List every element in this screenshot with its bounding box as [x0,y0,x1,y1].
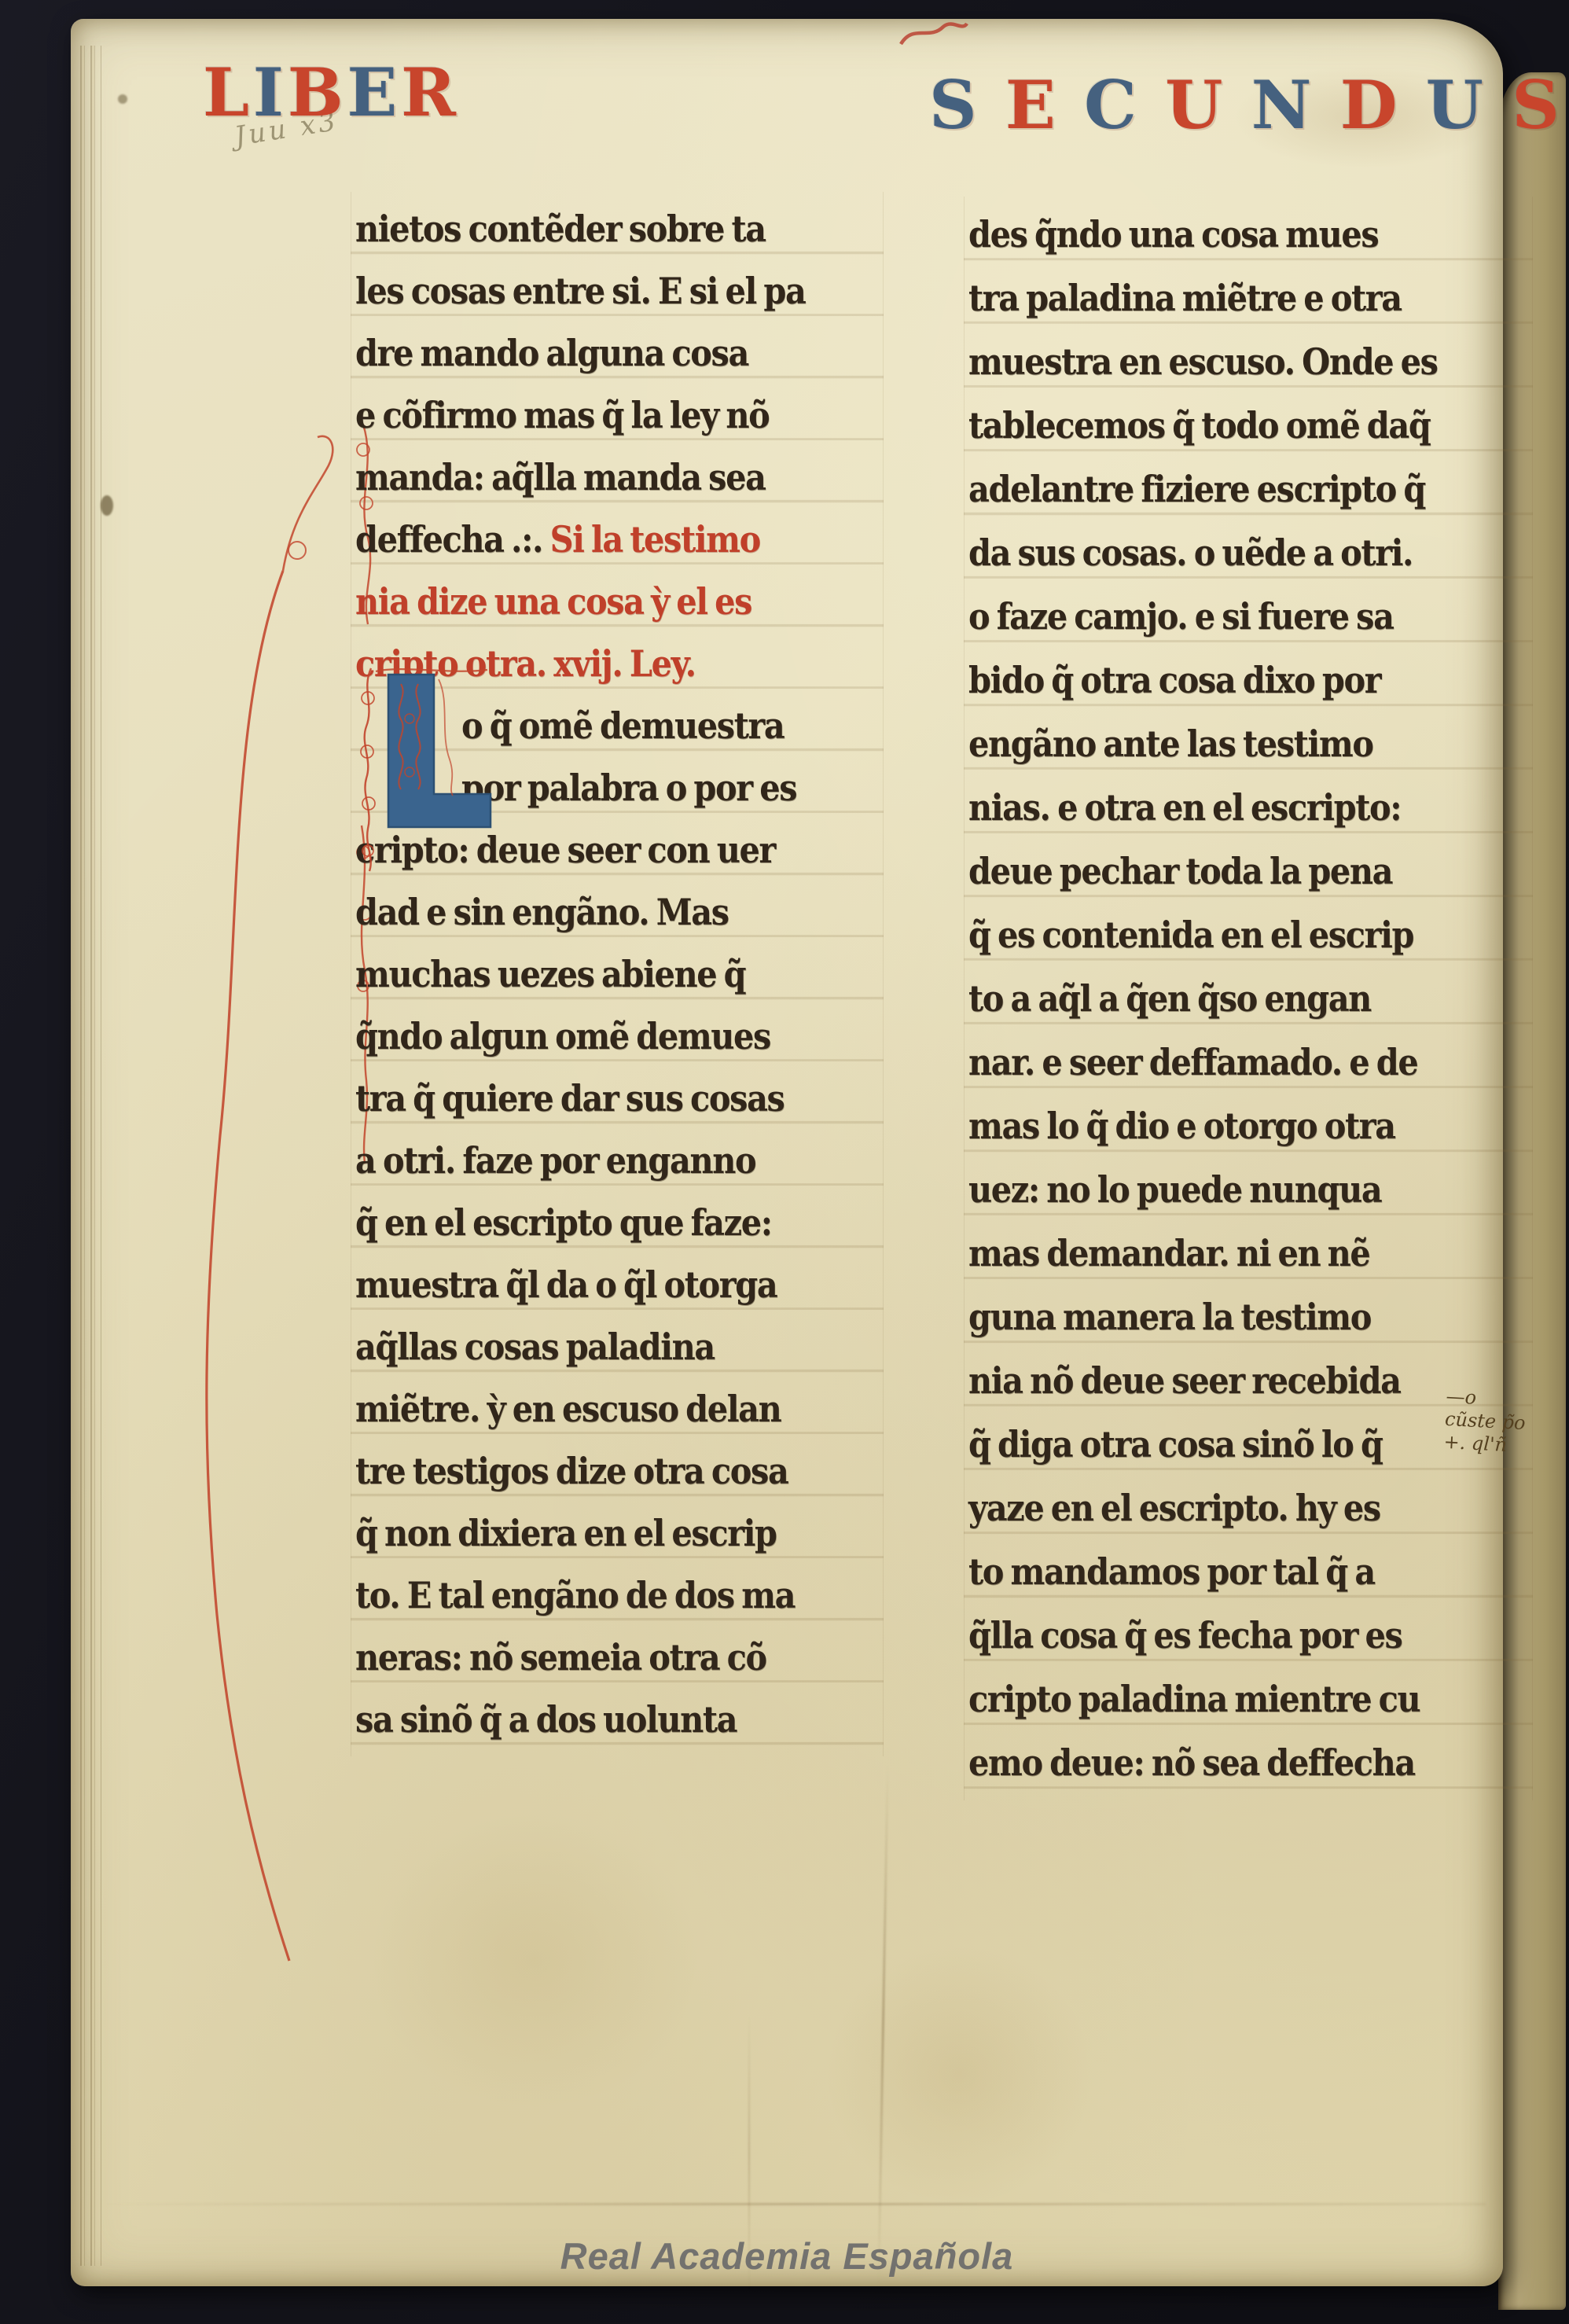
running-header-liber: LIBER [203,53,456,131]
text-line: o faze camjo. e si fuere sa [968,585,1475,649]
header-letter: R [401,53,456,131]
watermark: Real Academia Española [71,2234,1503,2278]
text-line: miẽtre. ỳ en escuso delan [355,1378,833,1440]
text-line: adelantre fiziere escripto q̃ [968,458,1475,521]
header-letter: S [1512,66,1560,144]
text-line: mas lo q̃ dio e otorgo otra [968,1094,1475,1158]
text-line: aq̃llas cosas paladina [355,1316,833,1378]
text-column-right: des q̃ndo una cosa muestra paladina miẽt… [968,203,1531,1795]
text-line: deue pechar toda la pena [968,840,1475,903]
illuminated-initial-L [352,664,517,876]
text-line: dad e sin engãno. Mas [355,881,833,943]
text-line: muestra q̃l da o q̃l otorga [355,1254,833,1316]
text-line: a otri. faze por enganno [355,1130,833,1192]
text-line: q̃ en el escripto que faze: [355,1192,833,1254]
text-line: e cõfirmo mas q̃ la ley nõ [355,384,833,447]
text-line: da sus cosas. o uẽde a otri. [968,521,1475,585]
text-line: nia nõ deue seer recebida [968,1349,1475,1413]
text-line: tra paladina miẽtre e otra [968,267,1475,330]
text-line: dre mando alguna cosa [355,322,833,384]
header-letter: C [1084,66,1137,144]
text-line: por palabra o por es [461,757,844,819]
text-line: des q̃ndo una cosa mues [968,203,1475,267]
text-line: guna manera la testimo [968,1285,1475,1349]
text-line: to. E tal engãno de dos ma [355,1565,833,1627]
text-line: to a aq̃l a q̃en q̃so engan [968,967,1475,1031]
text-line: tablecemos q̃ todo omẽ daq̃ [968,394,1475,458]
text-line: bido q̃ otra cosa dixo por [968,649,1475,712]
header-letter: U [1165,66,1222,144]
text-line: q̃lla cosa q̃ es fecha por es [968,1604,1475,1668]
header-letter: N [1251,66,1312,144]
text-line: tre testigos dize otra cosa [355,1440,833,1502]
text-line: nietos contẽder sobre ta [355,198,833,260]
crease [102,2203,1486,2205]
text-line: deffecha .:. Si la testimo [355,509,833,571]
header-letter: D [1340,66,1398,144]
text-line: nia dize una cosa ỳ el es [355,571,833,633]
running-header-secundus: SECUNDUS [929,66,1560,144]
text-line: tra q̃ quiere dar sus cosas [355,1068,833,1130]
page-edge-lines [75,46,101,2266]
text-line: mas demandar. ni en nẽ [968,1222,1475,1285]
stain [118,94,127,104]
text-line: q̃ndo algun omẽ demues [355,1006,833,1068]
text-line: muestra en escuso. Onde es [968,330,1475,394]
text-line: neras: nõ semeia otra cõ [355,1627,833,1689]
red-ink-mark [896,19,972,50]
text-line: uez: no lo puede nunqua [968,1158,1475,1222]
header-letter: B [288,53,344,131]
header-letter: S [929,66,977,144]
text-line: sa sinõ q̃ a dos uolunta [355,1689,833,1751]
header-letter: L [203,53,249,131]
text-line: emo deue: nõ sea deffecha [968,1731,1475,1795]
manuscript-page: Juu x3 LIBER SECUNDUS nietos contẽder so… [71,19,1503,2286]
text-line: nias. e otra en el escripto: [968,776,1475,840]
header-letter: I [253,53,284,131]
text-line: q̃ diga otra cosa sinõ lo q̃ [968,1413,1475,1476]
text-line: nar. e seer deffamado. e de [968,1031,1475,1094]
header-letter: E [347,53,397,131]
header-letter: E [1005,66,1056,144]
margin-gloss: —ocũste p̃o+. ql'ñ [1443,1385,1569,1460]
text-column-left: nietos contẽder sobre tales cosas entre … [355,198,887,1751]
header-letter: U [1426,66,1483,144]
text-line: yaze en el escripto. hy es [968,1476,1475,1540]
stain [101,495,113,516]
stain [825,1945,1093,2204]
text-line: muchas uezes abiene q̃ [355,943,833,1006]
photograph-background: Juu x3 LIBER SECUNDUS nietos contẽder so… [0,0,1569,2324]
text-line: manda: aq̃lla manda sea [355,447,833,509]
text-line: q̃ non dixiera en el escrip [355,1502,833,1565]
text-line: to mandamos por tal q̃ a [968,1540,1475,1604]
text-line: engãno ante las testimo [968,712,1475,776]
text-line: q̃ es contenida en el escrip [968,903,1475,967]
text-line: les cosas entre si. E si el pa [355,260,833,322]
text-line: cripto paladina mientre cu [968,1668,1475,1731]
text-line: o q̃ omẽ demuestra [461,695,844,757]
